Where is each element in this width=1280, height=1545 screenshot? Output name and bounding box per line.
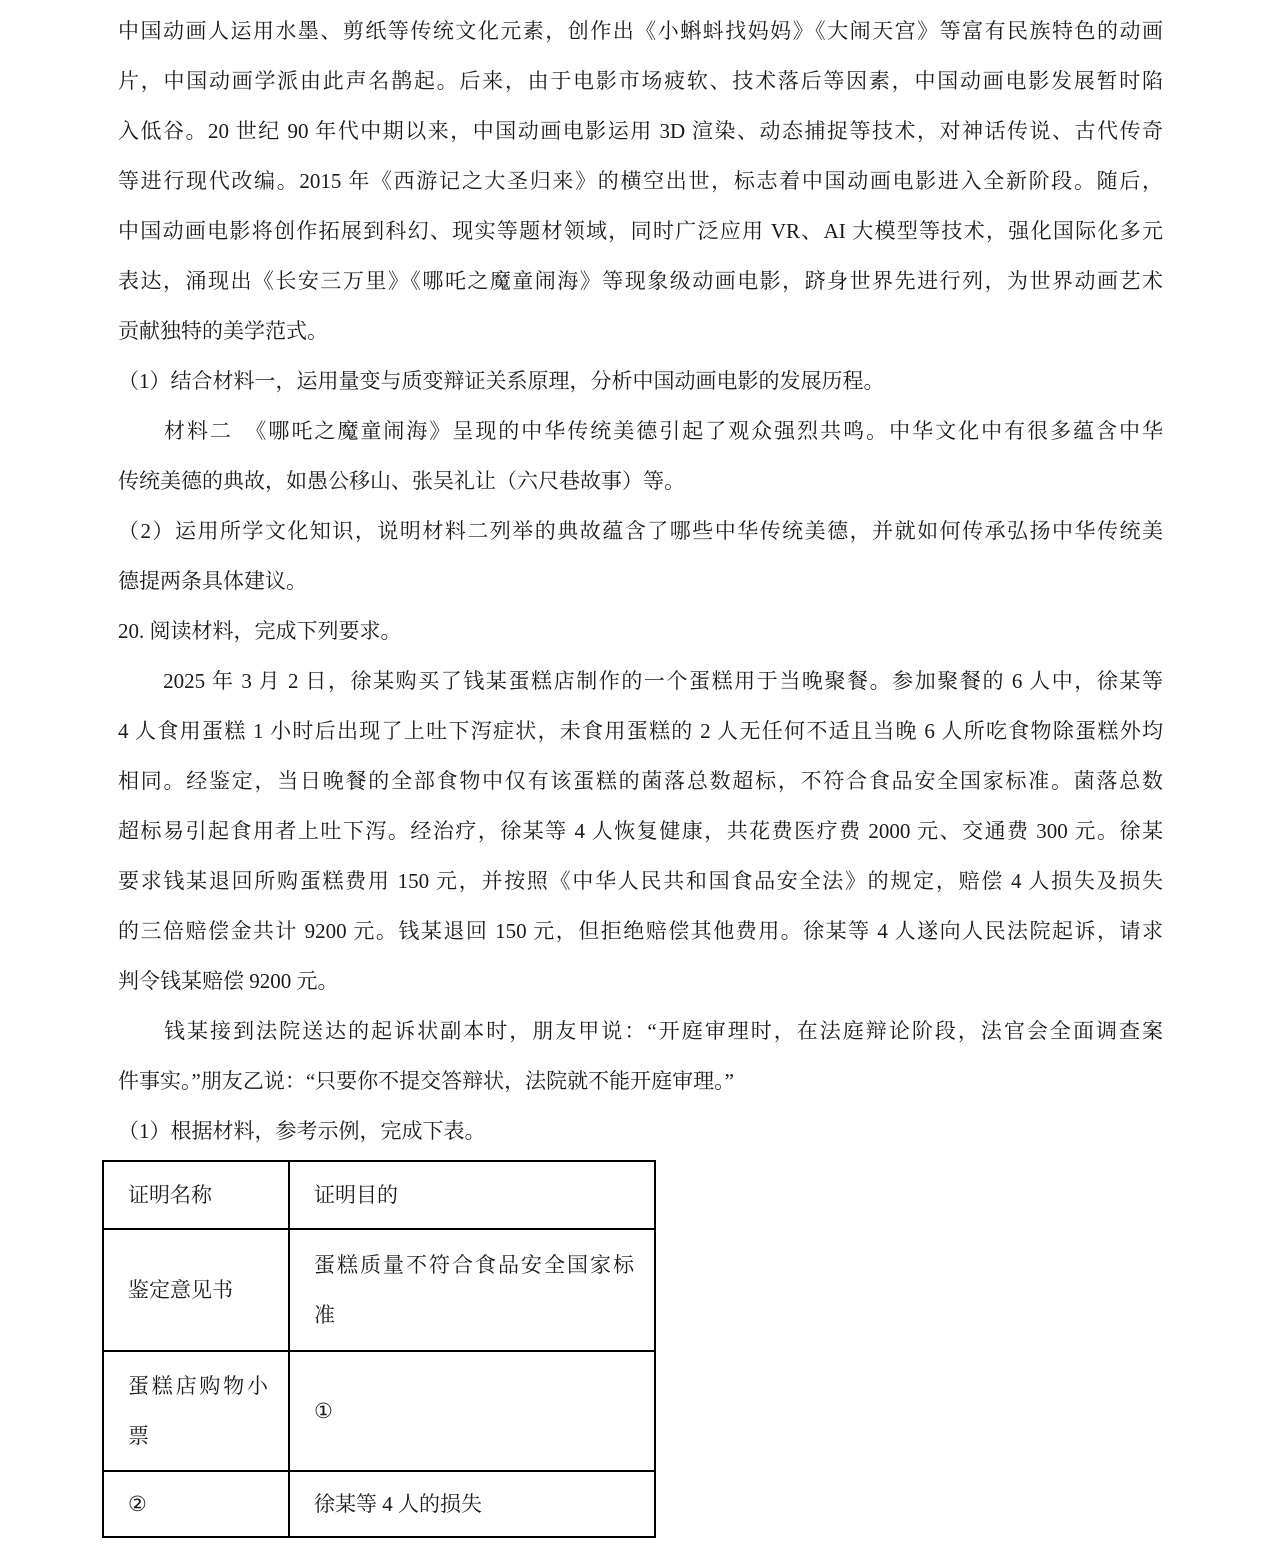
text-line: 入低谷。20 世纪 90 年代中期以来，中国动画电影运用 3D 渲染、动态捕捉等…: [118, 106, 1163, 156]
table-cell: 蛋糕质量不符合食品安全国家标准: [289, 1229, 655, 1351]
text-line: 片，中国动画学派由此声名鹊起。后来，由于电影市场疲软、技术落后等因素，中国动画电…: [118, 56, 1163, 106]
table-row: 证明名称证明目的: [103, 1161, 655, 1229]
text-line: 传统美德的典故，如愚公移山、张吴礼让（六尺巷故事）等。: [118, 456, 1163, 506]
text-line: 2025 年 3 月 2 日，徐某购买了钱某蛋糕店制作的一个蛋糕用于当晚聚餐。参…: [118, 656, 1163, 706]
text-line: 钱某接到法院送达的起诉状副本时，朋友甲说：“开庭审理时，在法庭辩论阶段，法官会全…: [118, 1006, 1163, 1056]
text-line: 中国动画人运用水墨、剪纸等传统文化元素，创作出《小蝌蚪找妈妈》《大闹天宫》等富有…: [118, 6, 1163, 56]
text-line: 判令钱某赔偿 9200 元。: [118, 956, 1163, 1006]
table-cell-line: ②: [128, 1479, 268, 1529]
text-line: 件事实。”朋友乙说：“只要你不提交答辩状，法院就不能开庭审理。”: [118, 1056, 1163, 1106]
table-cell: 证明目的: [289, 1161, 655, 1229]
table-cell: 蛋糕店购物小票: [103, 1351, 289, 1471]
text-line: 德提两条具体建议。: [118, 556, 1163, 606]
table-cell-line: 蛋糕质量不符合食品安全国家标: [314, 1240, 634, 1290]
table-cell-line: ①: [314, 1386, 634, 1436]
table-cell-line: 证明目的: [314, 1170, 634, 1220]
question-text-flow: 中国动画人运用水墨、剪纸等传统文化元素，创作出《小蝌蚪找妈妈》《大闹天宫》等富有…: [118, 6, 1163, 1156]
table-cell-line: 准: [314, 1290, 634, 1340]
text-line: （1）根据材料，参考示例，完成下表。: [118, 1106, 1163, 1156]
table-row: 蛋糕店购物小票①: [103, 1351, 655, 1471]
table-cell-line: 票: [128, 1411, 268, 1461]
table-cell: 证明名称: [103, 1161, 289, 1229]
text-line: 中国动画电影将创作拓展到科幻、现实等题材领域，同时广泛应用 VR、AI 大模型等…: [118, 206, 1163, 256]
table-cell: ①: [289, 1351, 655, 1471]
table-cell: 徐某等 4 人的损失: [289, 1471, 655, 1537]
table-cell-line: 鉴定意见书: [128, 1265, 268, 1315]
text-line: 要求钱某退回所购蛋糕费用 150 元，并按照《中华人民共和国食品安全法》的规定，…: [118, 856, 1163, 906]
text-line: （2）运用所学文化知识，说明材料二列举的典故蕴含了哪些中华传统美德，并就如何传承…: [118, 506, 1163, 556]
table-cell-line: 蛋糕店购物小: [128, 1361, 268, 1411]
table-cell-line: 徐某等 4 人的损失: [314, 1479, 634, 1529]
text-line: 相同。经鉴定，当日晚餐的全部食物中仅有该蛋糕的菌落总数超标，不符合食品安全国家标…: [118, 756, 1163, 806]
table-cell: 鉴定意见书: [103, 1229, 289, 1351]
evidence-table-body: 证明名称证明目的鉴定意见书蛋糕质量不符合食品安全国家标准蛋糕店购物小票①②徐某等…: [103, 1161, 655, 1537]
table-row: 鉴定意见书蛋糕质量不符合食品安全国家标准: [103, 1229, 655, 1351]
table-cell-line: 证明名称: [128, 1170, 268, 1220]
text-line: 4 人食用蛋糕 1 小时后出现了上吐下泻症状，未食用蛋糕的 2 人无任何不适且当…: [118, 706, 1163, 756]
text-line: 贡献独特的美学范式。: [118, 306, 1163, 356]
text-line: 超标易引起食用者上吐下泻。经治疗，徐某等 4 人恢复健康，共花费医疗费 2000…: [118, 806, 1163, 856]
text-line: 等进行现代改编。2015 年《西游记之大圣归来》的横空出世，标志着中国动画电影进…: [118, 156, 1163, 206]
text-line: （1）结合材料一，运用量变与质变辩证关系原理，分析中国动画电影的发展历程。: [118, 356, 1163, 406]
text-line: 20. 阅读材料，完成下列要求。: [118, 606, 1163, 656]
text-line: 的三倍赔偿金共计 9200 元。钱某退回 150 元，但拒绝赔偿其他费用。徐某等…: [118, 906, 1163, 956]
exam-document-page: 中国动画人运用水墨、剪纸等传统文化元素，创作出《小蝌蚪找妈妈》《大闹天宫》等富有…: [0, 0, 1280, 1545]
evidence-table: 证明名称证明目的鉴定意见书蛋糕质量不符合食品安全国家标准蛋糕店购物小票①②徐某等…: [102, 1160, 656, 1538]
table-cell: ②: [103, 1471, 289, 1537]
table-row: ②徐某等 4 人的损失: [103, 1471, 655, 1537]
text-line: 材料二 《哪吒之魔童闹海》呈现的中华传统美德引起了观众强烈共鸣。中华文化中有很多…: [118, 406, 1163, 456]
text-line: 表达，涌现出《长安三万里》《哪吒之魔童闹海》等现象级动画电影，跻身世界先进行列，…: [118, 256, 1163, 306]
